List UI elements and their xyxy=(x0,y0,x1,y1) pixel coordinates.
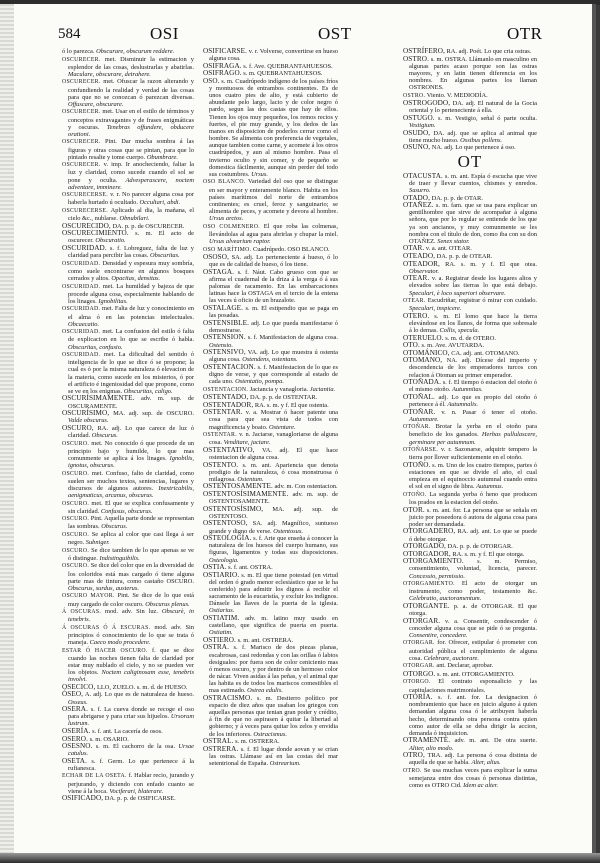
dictionary-entry: OSUNO, NA. adj. Lo que pertenece á oso. xyxy=(403,144,537,151)
dictionary-entry: OTACUSTA. s. m. ant. Espía ó escucha que… xyxy=(403,173,537,194)
dictionary-entry: OSETA. s. f. Germ. Lo que pertenece á la… xyxy=(62,758,194,772)
entry-latin-equivalent: Obscurus, surdus, austerus. xyxy=(68,585,139,592)
entry-definition: RA. s. m. y f. El que otea. xyxy=(445,261,537,268)
entry-definition: s. m. fam. que se usa para explicar un g… xyxy=(409,202,537,245)
dictionary-entry: OSCURÍSIMO, MA. adj. sup. de OSCURO. Val… xyxy=(62,410,194,424)
dictionary-entry: OSOSO, SA. adj. Lo perteneciente á hueso… xyxy=(203,254,338,268)
entry-latin-equivalent: Jactantia. xyxy=(310,386,335,393)
entry-headword: OSERA. xyxy=(62,705,88,713)
dictionary-entry: Á OSCURAS. mod. adv. Sin luz. Obscurè, i… xyxy=(62,608,194,623)
dictionary-entry: OTOÑO. La segunda yerba ó heno que produ… xyxy=(403,491,537,506)
entry-headword: OTERO. xyxy=(403,312,429,320)
entry-definition: s. f. ant. La cacería de osos. xyxy=(92,728,163,735)
entry-latin-equivalent: Obscurus plenus. xyxy=(145,601,189,608)
entry-headword: OSCURO. xyxy=(62,548,89,554)
entry-definition: s. f. Ave. QUEBRANTAHUESOS. xyxy=(243,63,332,70)
dictionary-entry: OTORGAMIENTO. s. m. Permiso, consentimie… xyxy=(403,558,537,579)
entry-latin-equivalent: Subniger. xyxy=(86,539,110,546)
entry-headword: ECHAR DE LA OSETA. xyxy=(62,773,127,779)
entry-latin-equivalent: Obcaecatio. xyxy=(68,321,99,328)
entry-headword: OSTRERA. xyxy=(203,745,238,753)
dictionary-entry: OTAÑEZ. s. m. fam. que se usa para expli… xyxy=(403,202,537,245)
dictionary-entry: OTOR. s. m. ant. for. La persona que se … xyxy=(403,507,537,528)
entry-definition: s. m. OSTRERA. xyxy=(235,738,280,745)
entry-definition: s. f. Germ. Lo que pertenece á la rufian… xyxy=(68,758,194,772)
entry-headword: OSO BLANCO. xyxy=(203,179,246,185)
entry-definition: SA. adj. Lo perteneciente á hueso, ó lo … xyxy=(209,254,338,268)
entry-definition: s. f. ant. for. La designacion ó nombram… xyxy=(409,694,537,737)
entry-headword: OTOÑO. xyxy=(403,492,426,498)
entry-headword: OSTAGA. xyxy=(203,268,234,276)
entry-latin-equivalent: Ostracismus. xyxy=(253,731,287,738)
entry-latin-equivalent: Collis, specula. xyxy=(440,327,480,334)
dictionary-entry: OSTENTAR. v. a. Mostrar ó hacer patente … xyxy=(203,409,338,430)
entry-latin-equivalent: Speculari, è loco superiori observare. xyxy=(409,290,506,297)
dictionary-entry: OSUDO, DA. adj. que se aplica al animal … xyxy=(403,130,537,144)
entry-latin-equivalent: Obscurus. xyxy=(92,432,118,439)
entry-definition: Jactancia y vanagloria. xyxy=(250,386,308,393)
entry-headword: OSTEOLOGÍA. xyxy=(203,534,251,542)
running-head-center: OST xyxy=(318,24,352,44)
entry-headword: OSOSO, xyxy=(203,253,229,261)
entry-headword: OSTENTOSO, xyxy=(203,519,248,527)
dictionary-entry: OSTENTOSÍSIMO, MA. adj. sup. de OSTENTOS… xyxy=(203,506,338,520)
entry-definition: RA. adj. Poét. Lo que cria ostras. xyxy=(447,48,532,55)
dictionary-entry: OSCURIDAD. s. f. Lobreguez, falta de luz… xyxy=(62,245,194,259)
dictionary-entry: OSTIARIO. s. m. El que tiene potestad (e… xyxy=(203,572,338,615)
entry-headword: OSTRO. xyxy=(403,93,425,99)
entry-definition: s. m. OSTRA. Llámanlo en masculino en al… xyxy=(409,56,537,92)
entry-headword: OSTIATIM. xyxy=(203,614,239,622)
dictionary-entry: OSIFICARSE. v. r. Volverse, convertirse … xyxy=(203,48,338,62)
entry-definition: NA. adj. Lo que pertenece á oso. xyxy=(432,144,516,151)
entry-headword: OSTENSIBLE. xyxy=(203,319,249,327)
entry-definition: s. m. El cachorro de la osa. xyxy=(96,743,175,750)
entry-headword: OSCURO MAYOR. xyxy=(62,593,115,599)
entry-latin-equivalent: Celebrare, auctorare. xyxy=(424,655,479,662)
entry-definition: s. m. Vestigio, señal ó parte oculta. xyxy=(438,115,537,122)
entry-definition: DA. p. p. de OTAR. xyxy=(432,195,483,202)
dictionary-entry: OSCURO. met. El que se explica confusame… xyxy=(62,500,194,515)
entry-latin-equivalent: Ostentosus. xyxy=(273,528,303,535)
dictionary-entry: OTRO, TRA. adj. La persona ó cosa distin… xyxy=(403,752,537,766)
dictionary-entry: OSCURECERSE. Aplicado al dia, la mañana,… xyxy=(62,207,194,222)
entry-headword: OSTALAGE. xyxy=(203,304,243,312)
dictionary-entry: OSTUGO. s. m. Vestigio, señal ó parte oc… xyxy=(403,115,537,129)
entry-headword: OSCURECIMIENTO. xyxy=(62,229,129,237)
entry-latin-equivalent: Concessio, permissio. xyxy=(409,573,465,580)
dictionary-entry: OSTENTAR. v. n. Jactarse, vanagloriarse … xyxy=(203,431,338,446)
entry-latin-equivalent: Autumnitas. xyxy=(452,386,483,393)
entry-headword: OSTRACISMO. xyxy=(203,694,252,702)
dictionary-entry: ÓSEO, A. adj. Lo que es de naturaleza de… xyxy=(62,691,194,705)
entry-latin-equivalent: Ostrea edulis. xyxy=(247,687,283,694)
entry-latin-equivalent: Consentire, concedere. xyxy=(409,632,468,639)
dictionary-entry: OSCURIDAD. met. La dificultad del sentid… xyxy=(62,351,194,395)
entry-latin-equivalent: Occultari, abdi. xyxy=(140,199,181,206)
entry-headword: OSCURECER. xyxy=(62,139,101,145)
entry-definition: s. m. OSARIO. xyxy=(90,736,129,743)
entry-headword: OTORGO. xyxy=(403,670,435,678)
dictionary-entry: OTORGAR. v. a. Consentir, condescender ó… xyxy=(403,618,537,639)
dictionary-entry: OTORÍA. s. f. ant. for. La designacion ó… xyxy=(403,694,537,737)
dictionary-entry: OSCURO. Pint. Aquella parte donde se rep… xyxy=(62,515,194,530)
entry-headword: OSCURO. xyxy=(62,563,89,569)
entry-headword: OSCURECER. xyxy=(62,57,101,63)
entry-headword: OSTROGODO, xyxy=(403,99,450,107)
dictionary-entry: OTERO. s. m. El lomo que hace la tierra … xyxy=(403,313,537,334)
dictionary-entry: OSCURIDAD. met. Falta de luz y conocimie… xyxy=(62,305,194,327)
running-head-right: OTR xyxy=(507,24,543,44)
dictionary-entry: OSCURO. Se dice tambien de lo que apenas… xyxy=(62,547,194,562)
entry-headword: OSTUGO. xyxy=(403,114,435,122)
entry-latin-equivalent: Obscuritas, confusio. xyxy=(68,344,123,351)
entry-headword: OSCURÍSIMAMENTE. xyxy=(62,394,134,402)
page-edge xyxy=(592,4,596,854)
entry-headword: ESTAR Ó HACER OSCURO. xyxy=(62,648,148,654)
entry-headword: OTOÑADA. xyxy=(403,378,441,386)
entry-latin-equivalent: Offuscare, obscurare. xyxy=(68,101,123,108)
dictionary-entry: OTORGAMIENTO. El acto de otorgar un inst… xyxy=(403,580,537,602)
dictionary-entry: OTORGO. s. m. ant. OTORGAMIENTO. xyxy=(403,671,537,678)
page-number: 584 xyxy=(58,26,81,43)
entry-latin-equivalent: Opacitas, densitas. xyxy=(111,275,160,282)
dictionary-entry: OTERUELO. s. m. d. de OTERO. xyxy=(403,335,537,342)
entry-headword: OSCURECERSE. xyxy=(62,192,108,198)
entry-definition: RA. s. m. y f. El que ostenta. xyxy=(255,402,329,409)
entry-headword: OSCURO. xyxy=(62,516,89,522)
dictionary-entry: OSTAGA. s. f. Náut. Cabo grueso con que … xyxy=(203,269,338,305)
dictionary-entry: OSCURECIMIENTO. s. m. El acto de oscurec… xyxy=(62,230,194,244)
entry-headword: Á OSCURAS Ó Á ESCURAS. xyxy=(62,625,150,631)
entry-headword: OSETA. xyxy=(62,757,87,765)
dictionary-entry: OSTENSION. s. f. Manifestacion de alguna… xyxy=(203,334,338,348)
dictionary-entry: OTOMANO, NA. adj. Dícese del imperio y d… xyxy=(403,357,537,378)
entry-latin-equivalent: Maculare, obscurare, detrahere. xyxy=(68,71,151,78)
entry-latin-equivalent: Autumnalis. xyxy=(447,401,478,408)
dictionary-entry: OSTRACISMO. s. m. Destierro político por… xyxy=(203,695,338,738)
entry-definition: s. f. Manifestacion de alguna cosa. xyxy=(248,334,338,341)
entry-headword: OSCURO. xyxy=(62,501,89,507)
entry-headword: OSCURIDAD. xyxy=(62,244,107,252)
entry-definition: v. n. Pasar ó tener el otoño. xyxy=(441,409,537,416)
column-3-part-1: OSTRÍFERO, RA. adj. Poét. Lo que cria os… xyxy=(403,48,537,152)
entry-headword: OSO COLMENERO. xyxy=(203,224,260,230)
entry-headword: OSUDO, xyxy=(403,129,430,137)
entry-headword: Á OSCURAS. xyxy=(62,609,101,615)
dictionary-entry: OSCURO. Se dice del color que en la dive… xyxy=(62,562,194,592)
dictionary-entry: OSTRERA. s. f. El lugar donde aovan y se… xyxy=(203,746,338,767)
entry-headword: OSTENTATIVO, xyxy=(203,446,255,454)
dictionary-entry: OSCURIDAD. met. La confusion del estilo … xyxy=(62,328,194,350)
dictionary-entry: OSCURO MAYOR. Pint. Se dice de lo que es… xyxy=(62,592,194,607)
dictionary-entry: OTEAR. Escudriñar, registrar ó mirar con… xyxy=(403,297,537,312)
entry-definition: Cuadrúpedo. OSO BLANCO. xyxy=(253,246,330,253)
entry-definition: s. m. ant. for. La persona que se señala… xyxy=(409,507,537,528)
entry-headword: OSCURECER. xyxy=(62,79,101,85)
entry-headword: OSCURIDAD. xyxy=(62,329,100,335)
dictionary-entry: OSCURO. met. Confuso, falto de claridad,… xyxy=(62,470,194,500)
entry-headword: OTORGAR. xyxy=(403,640,435,646)
entry-latin-equivalent: Caeco modo procedere. xyxy=(90,639,151,646)
entry-definition: LLO, ZUELO. s. m. d. de HUESO. xyxy=(97,684,188,691)
dictionary-entry: OTOÑADA. s. f. El tiempo ó estacion del … xyxy=(403,379,537,393)
dictionary-entry: OTRAMENTE. adv. m. ant. De otra suerte. … xyxy=(403,737,537,751)
entry-headword: OTRO, xyxy=(403,751,425,759)
entry-headword: OTORÍA. xyxy=(403,693,433,701)
entry-latin-equivalent: Obscuritas. xyxy=(150,252,180,259)
dictionary-entry: OSTENTOSO, SA. adj. Magnífico, suntuoso … xyxy=(203,520,338,534)
entry-definition: adv. m. ant. De otra suerte. xyxy=(455,737,537,744)
entry-headword: OSCURIDAD. xyxy=(62,261,100,267)
entry-latin-equivalent: Ursus alvearium raptor. xyxy=(209,238,271,245)
entry-latin-equivalent: Ostentatio, pompa. xyxy=(235,378,284,385)
dictionary-entry: OSCURO, RA. adj. Lo que carece de luz ó … xyxy=(62,425,194,439)
entry-headword: OTORGAR. xyxy=(403,617,440,625)
entry-headword: OSCURECER. xyxy=(62,109,101,115)
entry-latin-equivalent: Ursus. xyxy=(251,171,268,178)
entry-definition: ó lo parezca. xyxy=(62,48,94,55)
entry-headword: OSTENTACION. xyxy=(203,363,256,371)
entry-headword: OSCURO. xyxy=(62,441,89,447)
dictionary-entry: OSCURECER. met. Usar en el estilo de tér… xyxy=(62,108,194,138)
entry-headword: OSTENTAR. xyxy=(203,408,243,416)
entry-latin-equivalent: Ostentare. xyxy=(269,424,296,431)
dictionary-page: 584 OSI OST OTR ó lo parezca. Obscurare,… xyxy=(0,4,596,854)
dictionary-entry: OSTIATIM. adv. m. latino muy usado en ca… xyxy=(203,615,338,636)
entry-headword: OSCURO. xyxy=(62,532,89,538)
entry-headword: OTOÑARSE. xyxy=(403,447,438,453)
dictionary-entry: OSESNO. s. m. El cachorro de la osa. Urs… xyxy=(62,743,194,757)
entry-headword: OTORGAMIENTO. xyxy=(403,557,464,565)
entry-definition: DA. p. p. de OTEAR. xyxy=(437,253,493,260)
entry-definition: CA. adj. ant. OTOMANO. xyxy=(451,350,519,357)
entry-headword: OSTENTAR. xyxy=(203,432,237,438)
dictionary-entry: OSCURO. met. No conocido ó que procede d… xyxy=(62,440,194,470)
entry-headword: OTORGAR. xyxy=(403,663,435,669)
entry-headword: OTEAR. xyxy=(403,298,426,304)
dictionary-entry: OTRO. Se usa muchas veces para explicar … xyxy=(403,767,537,789)
dictionary-entry: OSTENTATIVO, VA. adj. El que hace ostent… xyxy=(203,447,338,461)
entry-headword: OSTENTO. xyxy=(203,461,238,469)
dictionary-entry: OTEAR. v. a. Registrar desde los lugares… xyxy=(403,275,537,296)
entry-headword: OSTENTOSÍSIMAMENTE. xyxy=(203,490,288,498)
entry-definition: A. adj. Lo que es de naturaleza de hueso… xyxy=(85,691,194,698)
entry-headword: OSIFICARSE. xyxy=(203,47,247,55)
dictionary-entry: OSTENTACION. s. f. Manifestacion de lo q… xyxy=(203,364,338,385)
dictionary-entry: OSIFICADO, DA. p. p. de OSIFICARSE. xyxy=(62,795,194,802)
entry-definition: v. a. Registrar desde los lugares altos … xyxy=(409,275,537,289)
entry-headword: OSTRO. xyxy=(403,55,429,63)
page-header: 584 OSI OST OTR xyxy=(60,26,590,44)
dictionary-entry: ESTAR Ó HACER OSCURO. f. que se dice cua… xyxy=(62,647,194,684)
dictionary-entry: OSCURECER. v. imp. Ir anocheciendo, falt… xyxy=(62,161,194,191)
entry-headword: OTOMANO, xyxy=(403,356,442,364)
dictionary-entry: OSTENSIBLE. adj. Lo que pueda manifestar… xyxy=(203,320,338,334)
column-2: OSIFICARSE. v. r. Volverse, convertirse … xyxy=(203,48,338,768)
dictionary-entry: OSO. s. m. Cuadrúpedo indígeno de los pa… xyxy=(203,78,338,178)
entry-definition: Escudriñar, registrar ó mirar con cuidad… xyxy=(428,297,537,304)
dictionary-entry: OTOÑAR. Brotar la yerba en el otoño para… xyxy=(403,423,537,445)
entry-latin-equivalent: Indistinguibilis. xyxy=(99,555,139,562)
entry-headword: OTORGO. xyxy=(403,679,431,685)
entry-headword: OSTENSION. xyxy=(203,333,246,341)
dictionary-entry: OTOÑO. s. m. Uno de los cuatro tiempos, … xyxy=(403,462,537,491)
dictionary-entry: OTORGANTE. p. a. de OTORGAR. El que otor… xyxy=(403,603,537,617)
entry-headword: OTORGADERO, xyxy=(403,527,455,535)
entry-headword: OSCURO, xyxy=(62,424,94,432)
entry-definition: s. m. ant. OSTRERA. xyxy=(238,637,294,644)
entry-latin-equivalent: Confusus, obscurus. xyxy=(101,508,153,515)
entry-latin-equivalent: Obumbrare. xyxy=(147,154,178,161)
entry-headword: OTRAMENTE. xyxy=(403,736,450,744)
dictionary-entry: OSCURÍSIMAMENTE. adv. m. sup. de OSCURAM… xyxy=(62,395,194,409)
entry-headword: OSO. xyxy=(203,77,220,85)
entry-latin-equivalent: Ursus arctos. xyxy=(209,215,243,222)
dictionary-entry: OTOÑAR. v. n. Pasar ó tener el otoño. Au… xyxy=(403,409,537,423)
dictionary-entry: OSO COLMENERO. El que roba las colmenas,… xyxy=(203,223,338,245)
dictionary-entry: OSO BLANCO. Variedad del oso que se dist… xyxy=(203,178,338,222)
entry-headword: OTAÑEZ. xyxy=(403,201,434,209)
dictionary-entry: OSTRA. s. f. Marisco de dos piezas plana… xyxy=(203,644,338,694)
entry-headword: OTORGAMIENTO. xyxy=(403,581,455,587)
entry-latin-equivalent: Obscurare, obscurum reddere. xyxy=(96,48,174,55)
running-head-left: OSI xyxy=(150,24,179,44)
scan-bottom-edge xyxy=(0,853,600,863)
entry-definition: DA. p. p. de OSIFICARSE. xyxy=(105,795,176,802)
entry-headword: OTOR. xyxy=(403,506,425,514)
entry-latin-equivalent: Ignobilitas. xyxy=(98,298,127,305)
entry-latin-equivalent: Idem ac alter. xyxy=(463,782,498,789)
dictionary-entry: OTORGADERO, RA. adj. ant. Lo que se pued… xyxy=(403,528,537,542)
dictionary-entry: OSTROGODO, DA. adj. El natural de la Goc… xyxy=(403,100,537,114)
dictionary-entry: OTORGO. El contrato esponsalicio y las c… xyxy=(403,678,537,693)
dictionary-entry: OSCURECER. met. Disminuir la estimacion … xyxy=(62,56,194,78)
entry-headword: OSCURIDAD. xyxy=(62,306,100,312)
entry-latin-equivalent: Senex stator. xyxy=(437,238,469,245)
dictionary-entry: OTEADOR, RA. s. m. y f. El que otea. Obs… xyxy=(403,261,537,275)
entry-latin-equivalent: Autumnus. xyxy=(476,483,503,490)
entry-headword: OTACUSTA. xyxy=(403,172,443,180)
entry-headword: OSTENTACION. xyxy=(203,387,248,393)
entry-headword: OTORGANTE. xyxy=(403,602,450,610)
dictionary-entry: OSCURIDAD. met. La humildad y bajeza de … xyxy=(62,283,194,305)
entry-headword: OSCURECER. xyxy=(62,162,101,168)
entry-definition: La segunda yerba ó heno que producen los… xyxy=(409,491,537,506)
entry-latin-equivalent: Obnubilari. xyxy=(119,215,149,222)
entry-latin-equivalent: Ostrearium. xyxy=(270,760,301,767)
entry-headword: OTOÑAL. xyxy=(403,393,435,401)
entry-headword: OTEADOR, xyxy=(403,260,440,268)
entry-latin-equivalent: Vociferari, blaterare. xyxy=(109,788,163,795)
binding-gutter xyxy=(0,4,14,854)
entry-definition: DA. p. p. de OSTENTAR. xyxy=(250,394,317,401)
section-heading: OT xyxy=(403,158,537,165)
entry-headword: OSCURIDAD. xyxy=(62,284,100,290)
entry-headword: OTRO. xyxy=(403,768,422,774)
entry-headword: OSCURÍSIMO, xyxy=(62,409,109,417)
dictionary-entry: OSIFRAGO. s. m. QUEBRANTAHUESOS. xyxy=(203,70,338,77)
entry-headword: OSIFICADO, xyxy=(62,794,103,802)
entry-latin-equivalent: Obscurus. xyxy=(101,523,127,530)
entry-definition: s. m. d. de OTERO. xyxy=(445,335,496,342)
dictionary-entry: OSTALAGE. s. m. El estipendio que se pag… xyxy=(203,305,338,319)
entry-headword: OSO MARÍTIMO. xyxy=(203,247,251,253)
dictionary-entry: OSCURIDAD. Densidad y espesura muy sombr… xyxy=(62,260,194,282)
dictionary-entry: OTOÑAL. adj. Lo que es propio del otoño … xyxy=(403,394,537,408)
dictionary-entry: OSCURO. Se aplica al color que casi lleg… xyxy=(62,531,194,546)
entry-headword: OSESNO. xyxy=(62,742,92,750)
dictionary-entry: OSTRO. s. m. OSTRA. Llámanlo en masculin… xyxy=(403,56,537,92)
dictionary-entry: OSTEOLOGÍA. s. f. Arte que enseña á cono… xyxy=(203,535,338,564)
dictionary-entry: OSCURECERSE. v. r. No parecer alguna cos… xyxy=(62,191,194,206)
dictionary-entry: Á OSCURAS Ó Á ESCURAS. mod. adv. Sin pri… xyxy=(62,624,194,646)
entry-definition: s. m. ant. OTORGAMIENTO. xyxy=(437,671,515,678)
entry-definition: MA. adj. sup. de OSCURO. xyxy=(113,410,194,417)
dictionary-entry: OSTENTO. s. m. ant. Apariencia que denot… xyxy=(203,462,338,483)
entry-headword: OTOÑAR. xyxy=(403,424,431,430)
column-3: OSTRÍFERO, RA. adj. Poét. Lo que cria os… xyxy=(403,48,537,790)
entry-definition: ant. Declarar, aprobar. xyxy=(436,662,493,669)
dictionary-entry: OTOÑARSE. v. r. Sazonarse, adquirir temp… xyxy=(403,446,537,461)
entry-headword: OSCURO. xyxy=(62,471,89,477)
entry-headword: OSTRA. xyxy=(203,643,229,651)
entry-latin-equivalent: Ossibus pollens. xyxy=(460,137,502,144)
dictionary-entry: OTORGAR. for. Ofrecer, estipular ó prome… xyxy=(403,639,537,661)
entry-headword: OSCURECERSE. xyxy=(62,208,108,214)
entry-headword: OTEAR. xyxy=(403,274,429,282)
entry-definition: s. m. QUEBRANTAHUESOS. xyxy=(243,70,322,77)
dictionary-entry: OSTENSIVO, VA. adj. Lo que muestra ú ost… xyxy=(203,349,338,363)
dictionary-entry: OSCURECER. met. Ofuscar la razon alteran… xyxy=(62,78,194,108)
entry-headword: OSUNO, xyxy=(403,143,430,151)
entry-headword: OSCURIDAD. xyxy=(62,352,100,358)
dictionary-entry: OSERA. s. f. La cueva donde se recoge el… xyxy=(62,706,194,727)
dictionary-entry: ó lo parezca. Obscurare, obscurum redder… xyxy=(62,48,194,55)
column-3-part-2: OTACUSTA. s. m. ant. Espía ó escucha que… xyxy=(403,173,537,790)
entry-definition: DA. p. p. de OTORGAR. xyxy=(448,543,513,550)
entry-headword: ÓSEO, xyxy=(62,690,83,698)
entry-headword: OSTENTOSÍSIMO, xyxy=(203,505,263,513)
entry-headword: OSTENSIVO, xyxy=(203,348,246,356)
entry-definition: mod. adv. Sin luz. xyxy=(105,608,158,615)
entry-headword: OSTIARIO. xyxy=(203,571,239,579)
dictionary-entry: OSTENTOSÍSIMAMENTE. adv. m. sup. de OSTE… xyxy=(203,491,338,505)
dictionary-entry: ECHAR DE LA OSETA. f. Hablar recio, jura… xyxy=(62,772,194,794)
entry-latin-equivalent: Autumnare. xyxy=(409,416,439,423)
entry-headword: OTOÑO. xyxy=(403,461,430,469)
entry-latin-equivalent: Alter, alius. xyxy=(471,759,500,766)
entry-definition: s. m. Cuadrúpedo indígeno de los países … xyxy=(209,78,338,178)
column-1: ó lo parezca. Obscurare, obscurum redder… xyxy=(62,48,194,803)
entry-headword: OTOÑAR. xyxy=(403,408,435,416)
entry-definition: Viento. V. MEDIODÍA. xyxy=(427,92,488,99)
dictionary-entry: OSCURECER. Pint. Dar mucha sombra á las … xyxy=(62,138,194,160)
